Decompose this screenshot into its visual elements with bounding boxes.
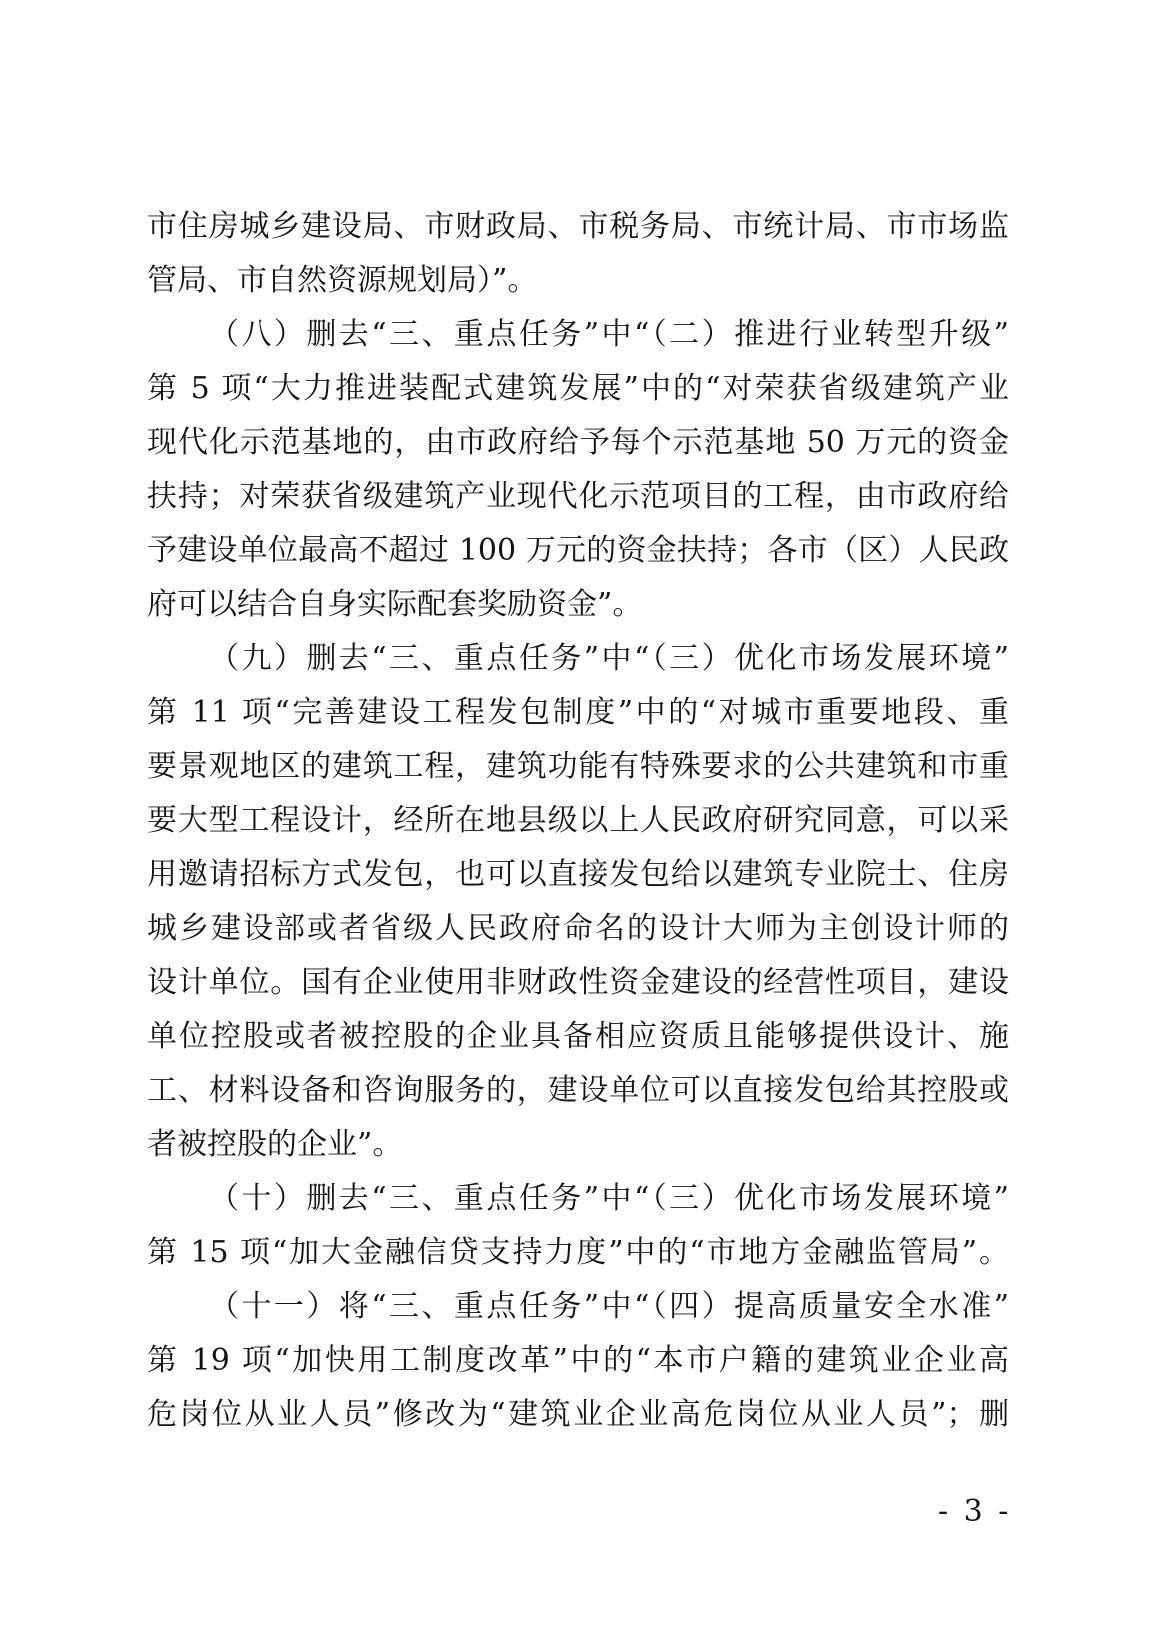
document-line: 府可以结合自身实际配套奖励资金”。 <box>147 578 1009 632</box>
document-line: 单位控股或者被控股的企业具备相应资质且能够提供设计、施 <box>147 1010 1009 1064</box>
document-line: （九）删去“三、重点任务”中“（三）优化市场发展环境” <box>147 632 1009 686</box>
document-line: 者被控股的企业”。 <box>147 1118 1009 1172</box>
document-line: 第 5 项“大力推进装配式建筑发展”中的“对荣获省级建筑产业 <box>147 362 1009 416</box>
document-line: 要大型工程设计，经所在地县级以上人民政府研究同意，可以采 <box>147 794 1009 848</box>
document-line: 市住房城乡建设局、市财政局、市税务局、市统计局、市市场监 <box>147 200 1009 254</box>
document-line: 管局、市自然资源规划局）”。 <box>147 254 1009 308</box>
document-line: 设计单位。国有企业使用非财政性资金建设的经营性项目，建设 <box>147 956 1009 1010</box>
document-line: 现代化示范基地的，由市政府给予每个示范基地 50 万元的资金 <box>147 416 1009 470</box>
document-line: 用邀请招标方式发包，也可以直接发包给以建筑专业院士、住房 <box>147 848 1009 902</box>
document-line: （八）删去“三、重点任务”中“（二）推进行业转型升级” <box>147 308 1009 362</box>
document-page: 市住房城乡建设局、市财政局、市税务局、市统计局、市市场监管局、市自然资源规划局）… <box>0 0 1158 1637</box>
document-line: 城乡建设部或者省级人民政府命名的设计大师为主创设计师的 <box>147 902 1009 956</box>
document-line: 第 15 项“加大金融信贷支持力度”中的“市地方金融监管局”。 <box>147 1226 1009 1280</box>
document-line: 扶持；对荣获省级建筑产业现代化示范项目的工程，由市政府给 <box>147 470 1009 524</box>
document-line: 工、材料设备和咨询服务的，建设单位可以直接发包给其控股或 <box>147 1064 1009 1118</box>
page-number: - 3 - <box>938 1494 1011 1530</box>
document-line: 第 19 项“加快用工制度改革”中的“本市户籍的建筑业企业高 <box>147 1334 1009 1388</box>
document-line: 危岗位从业人员”修改为“建筑业企业高危岗位从业人员”；删 <box>147 1388 1009 1442</box>
document-body: 市住房城乡建设局、市财政局、市税务局、市统计局、市市场监管局、市自然资源规划局）… <box>147 200 1009 1442</box>
document-line: 予建设单位最高不超过 100 万元的资金扶持；各市（区）人民政 <box>147 524 1009 578</box>
document-line: （十一）将“三、重点任务”中“（四）提高质量安全水准” <box>147 1280 1009 1334</box>
document-line: 第 11 项“完善建设工程发包制度”中的“对城市重要地段、重 <box>147 686 1009 740</box>
document-line: （十）删去“三、重点任务”中“（三）优化市场发展环境” <box>147 1172 1009 1226</box>
document-line: 要景观地区的建筑工程，建筑功能有特殊要求的公共建筑和市重 <box>147 740 1009 794</box>
